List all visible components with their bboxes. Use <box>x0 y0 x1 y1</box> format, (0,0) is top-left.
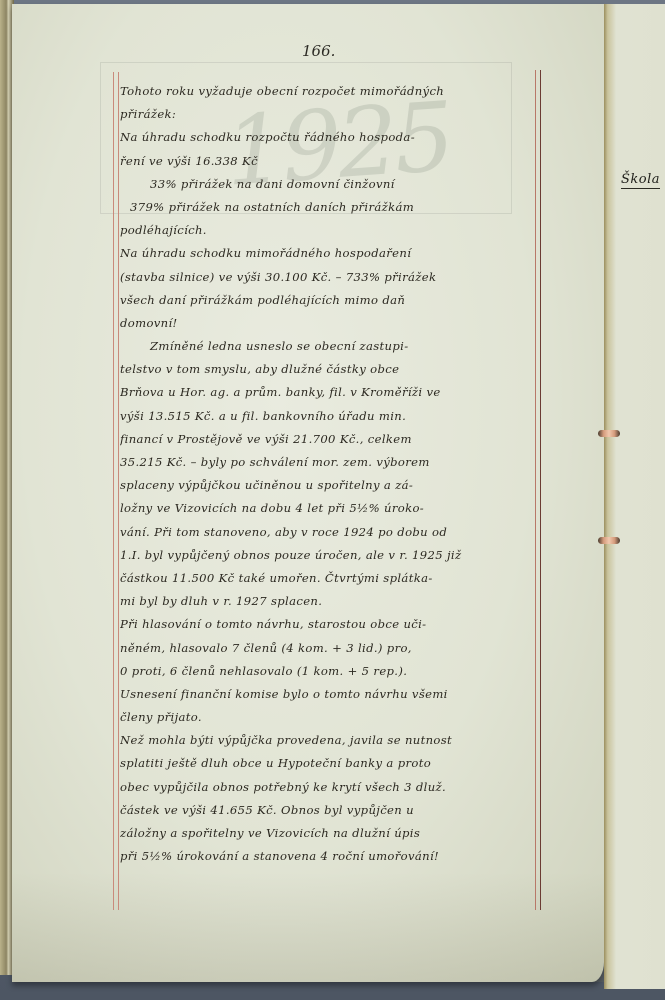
binding-string-upper <box>598 430 620 437</box>
handwritten-line: 0 proti, 6 členů nehlasovalo (1 kom. + 5… <box>120 660 534 683</box>
handwritten-line: ložny ve Vizovicích na dobu 4 let při 5½… <box>120 497 534 520</box>
handwritten-line: členy přijato. <box>120 706 534 729</box>
handwritten-line: přirážek: <box>120 103 534 126</box>
handwritten-line: financí v Prostějově ve výši 21.700 Kč.,… <box>120 428 534 451</box>
neighbour-page: Škola <box>604 4 665 989</box>
handwritten-line: splaceny výpůjčkou učiněnou u spořitelny… <box>120 474 534 497</box>
handwritten-line: Brňova u Hor. ag. a prům. banky, fil. v … <box>120 381 534 404</box>
handwritten-line: 35.215 Kč. – byly po schválení mor. zem.… <box>120 451 534 474</box>
handwritten-line: telstvo v tom smyslu, aby dlužné částky … <box>120 358 534 381</box>
book-photo-background: 1925 166. Tohoto roku vyžaduje obecní ro… <box>0 0 665 1000</box>
handwritten-line: ření ve výši 16.338 Kč <box>120 150 534 173</box>
handwritten-line: Usnesení finanční komise bylo o tomto ná… <box>120 683 534 706</box>
handwritten-line: splatiti ještě dluh obce u Hypoteční ban… <box>120 752 534 775</box>
handwritten-body: Tohoto roku vyžaduje obecní rozpočet mim… <box>120 80 534 868</box>
handwritten-line: (stavba silnice) ve výši 30.100 Kč. – 73… <box>120 266 534 289</box>
handwritten-line: obec vypůjčila obnos potřebný ke krytí v… <box>120 776 534 799</box>
handwritten-line: všech daní přirážkám podléhajících mimo … <box>120 289 534 312</box>
handwritten-line: záložny a spořitelny ve Vizovicích na dl… <box>120 822 534 845</box>
handwritten-line: 379% přirážek na ostatních daních přiráž… <box>120 196 534 219</box>
handwritten-line: Tohoto roku vyžaduje obecní rozpočet mim… <box>120 80 534 103</box>
handwritten-line: Než mohla býti výpůjčka provedena, javil… <box>120 729 534 752</box>
handwritten-line: podléhajících. <box>120 219 534 242</box>
handwritten-line: 33% přirážek na dani domovní činžovní <box>120 173 534 196</box>
handwritten-line: něném, hlasovalo 7 členů (4 kom. + 3 lid… <box>120 637 534 660</box>
handwritten-line: mi byl by dluh v r. 1927 splacen. <box>120 590 534 613</box>
handwritten-line: domovní! <box>120 312 534 335</box>
handwritten-line: vání. Při tom stanoveno, aby v roce 1924… <box>120 521 534 544</box>
handwritten-line: Na úhradu schodku rozpočtu řádného hospo… <box>120 126 534 149</box>
handwritten-line: výši 13.515 Kč. a u fil. bankovního úřad… <box>120 405 534 428</box>
left-margin-rule <box>113 72 119 910</box>
handwritten-line: částek ve výši 41.655 Kč. Obnos byl vypů… <box>120 799 534 822</box>
handwritten-line: při 5½% úrokování a stanovena 4 roční um… <box>120 845 534 868</box>
handwritten-line: Zmíněné ledna usneslo se obecní zastupi- <box>120 335 534 358</box>
page-shadow <box>12 872 604 982</box>
neighbour-page-heading: Škola <box>621 172 660 189</box>
handwritten-line: částkou 11.500 Kč také umořen. Čtvrtými … <box>120 567 534 590</box>
handwritten-line: Na úhradu schodku mimořádného hospodařen… <box>120 242 534 265</box>
handwritten-line: Při hlasování o tomto návrhu, starostou … <box>120 613 534 636</box>
binding-string-lower <box>598 537 620 544</box>
right-margin-rule <box>535 70 541 910</box>
handwritten-line: 1.I. byl vypůjčený obnos pouze úročen, a… <box>120 544 534 567</box>
page-number: 166. <box>302 42 335 60</box>
